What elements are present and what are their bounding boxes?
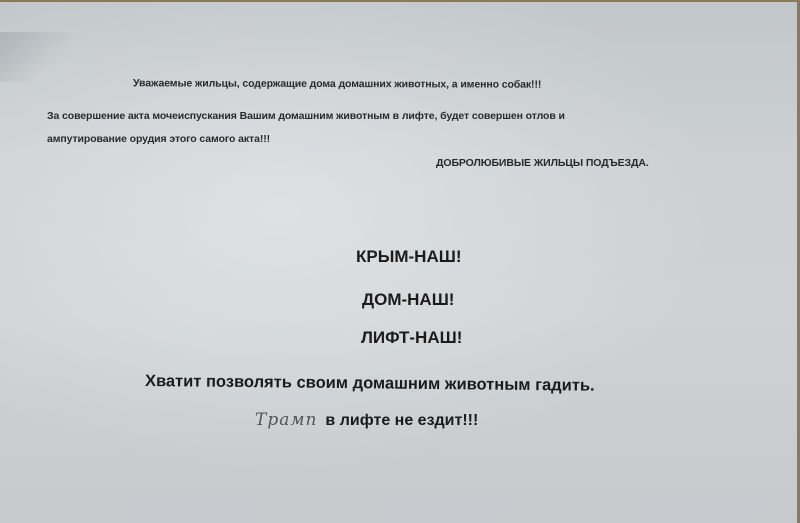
paper-notice: Уважаемые жильцы, содержащие дома домашн… — [0, 2, 797, 523]
slogan-elevator: ЛИФТ-НАШ! — [361, 328, 462, 348]
notice-body-line-2: ампутирование орудия этого самого акта!!… — [47, 133, 270, 145]
final-line: Трампв лифте не ездит!!! — [255, 410, 478, 430]
slogan-house: ДОМ-НАШ! — [362, 290, 454, 310]
notice-signature: ДОБРОЛЮБИВЫЕ ЖИЛЬЦЫ ПОДЪЕЗДА. — [436, 157, 649, 169]
slogan-crimea: КРЫМ-НАШ! — [356, 247, 461, 267]
closing-line: Хватит позволять своим домашним животным… — [145, 372, 595, 396]
notice-header-line: Уважаемые жильцы, содержащие дома домашн… — [133, 77, 541, 90]
final-line-text: в лифте не ездит!!! — [325, 412, 478, 429]
notice-body-line-1: За совершение акта мочеиспускания Вашим … — [47, 110, 565, 122]
paper-fold-shadow — [0, 32, 70, 82]
handwritten-word: Трамп — [255, 410, 317, 430]
